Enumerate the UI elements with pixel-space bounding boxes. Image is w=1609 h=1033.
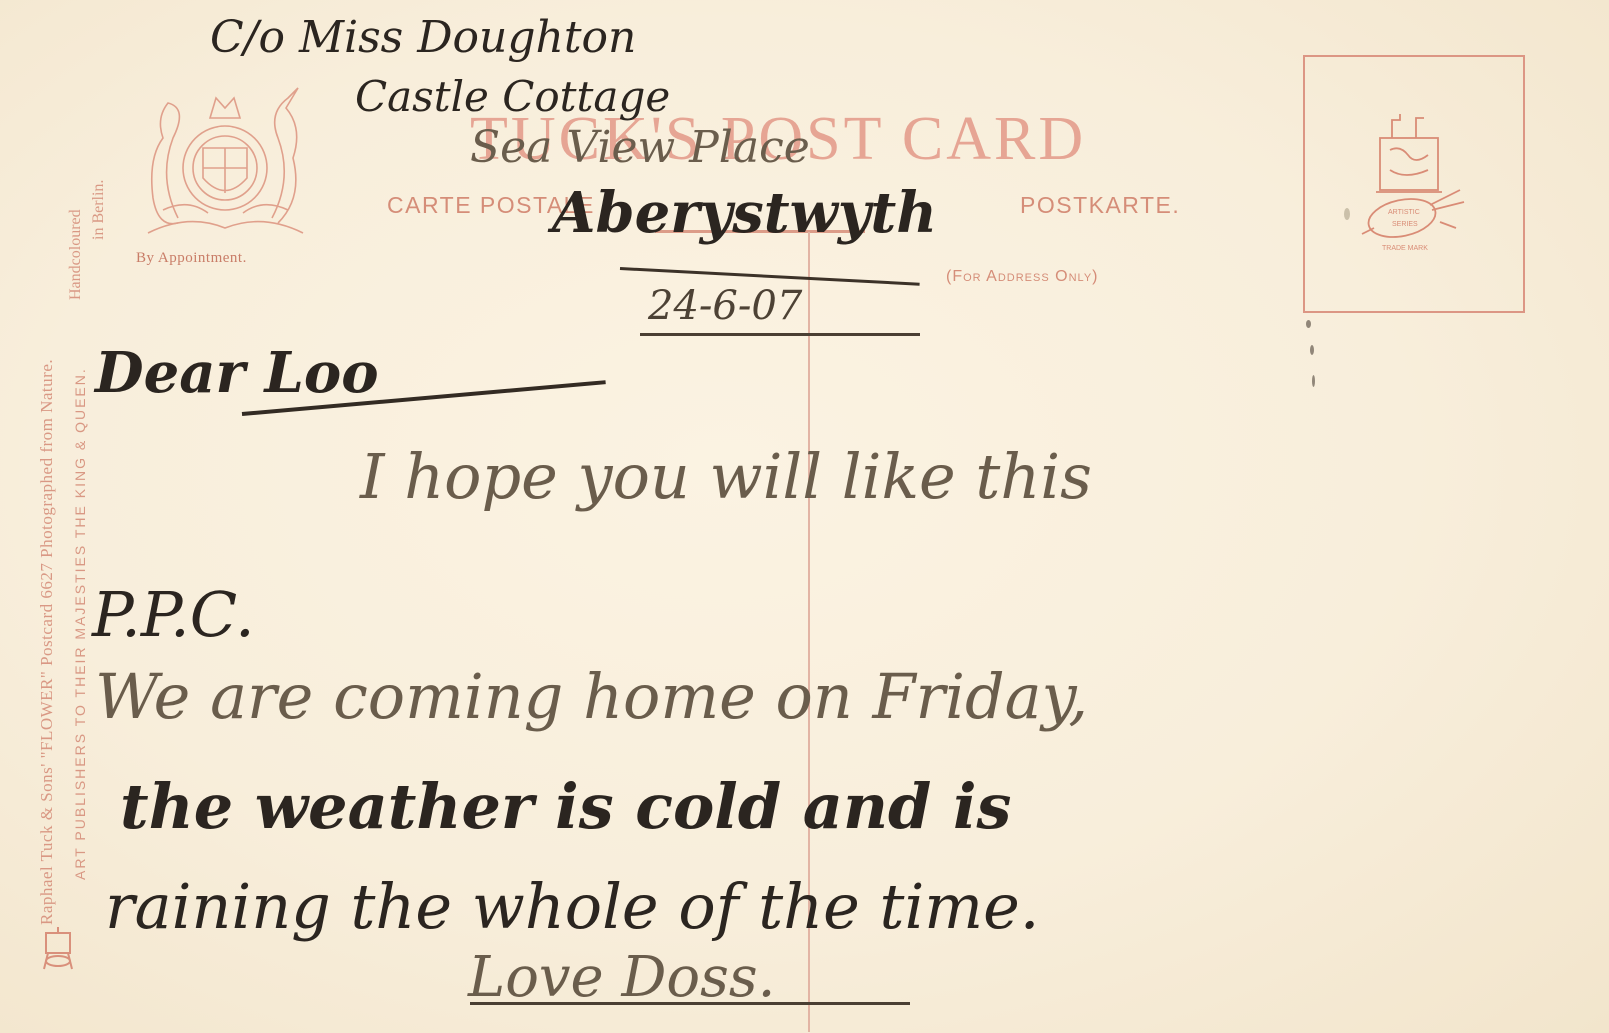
message-line-2: P.P.C. [92, 578, 255, 651]
message-line-4: the weather is cold and is [120, 770, 1011, 843]
message-signature: Love Doss. [468, 945, 775, 1010]
ink-speck [1312, 375, 1315, 387]
trademark-series-text: ARTISTIC [1388, 209, 1420, 216]
royal-coat-of-arms-icon [128, 78, 322, 248]
royal-warrant-text: ART PUBLISHERS TO THEIR MAJESTIES THE KI… [72, 367, 88, 880]
message-line-3: We are coming home on Friday, [95, 660, 1088, 733]
publisher-easel-logo-icon [40, 925, 76, 971]
postkarte-label: POSTKARTE. [1020, 192, 1180, 219]
address-line-3: Sea View Place [470, 122, 810, 173]
ink-speck [1344, 208, 1350, 220]
message-greeting: Dear Loo [95, 340, 379, 406]
address-line-2: Castle Cottage [355, 72, 670, 121]
ink-speck [1306, 320, 1311, 328]
postcard-back: Raphael Tuck & Sons' "FLOWER" Postcard 6… [0, 0, 1609, 1033]
signature-underline [470, 1002, 910, 1005]
svg-text:TRADE MARK: TRADE MARK [1382, 245, 1428, 252]
for-address-only-label: (For Address Only) [946, 268, 1098, 286]
publisher-credit-text: Raphael Tuck & Sons' "FLOWER" Postcard 6… [37, 359, 57, 925]
artistic-series-trademark-icon: ARTISTIC SERIES TRADE MARK [1360, 110, 1470, 255]
date-underline [640, 333, 920, 336]
handwritten-date: 24-6-07 [648, 283, 802, 329]
in-berlin-text: in Berlin. [90, 180, 108, 240]
handcoloured-text: Handcoloured [67, 209, 85, 300]
svg-text:SERIES: SERIES [1392, 221, 1418, 228]
ink-speck [1310, 345, 1314, 355]
address-line-1: C/o Miss Doughton [210, 12, 636, 63]
address-line-4: Aberystwyth [552, 180, 937, 246]
message-line-1: I hope you will like this [360, 440, 1092, 513]
by-appointment-label: By Appointment. [136, 250, 247, 267]
message-line-5: raining the whole of the time. [105, 870, 1039, 943]
